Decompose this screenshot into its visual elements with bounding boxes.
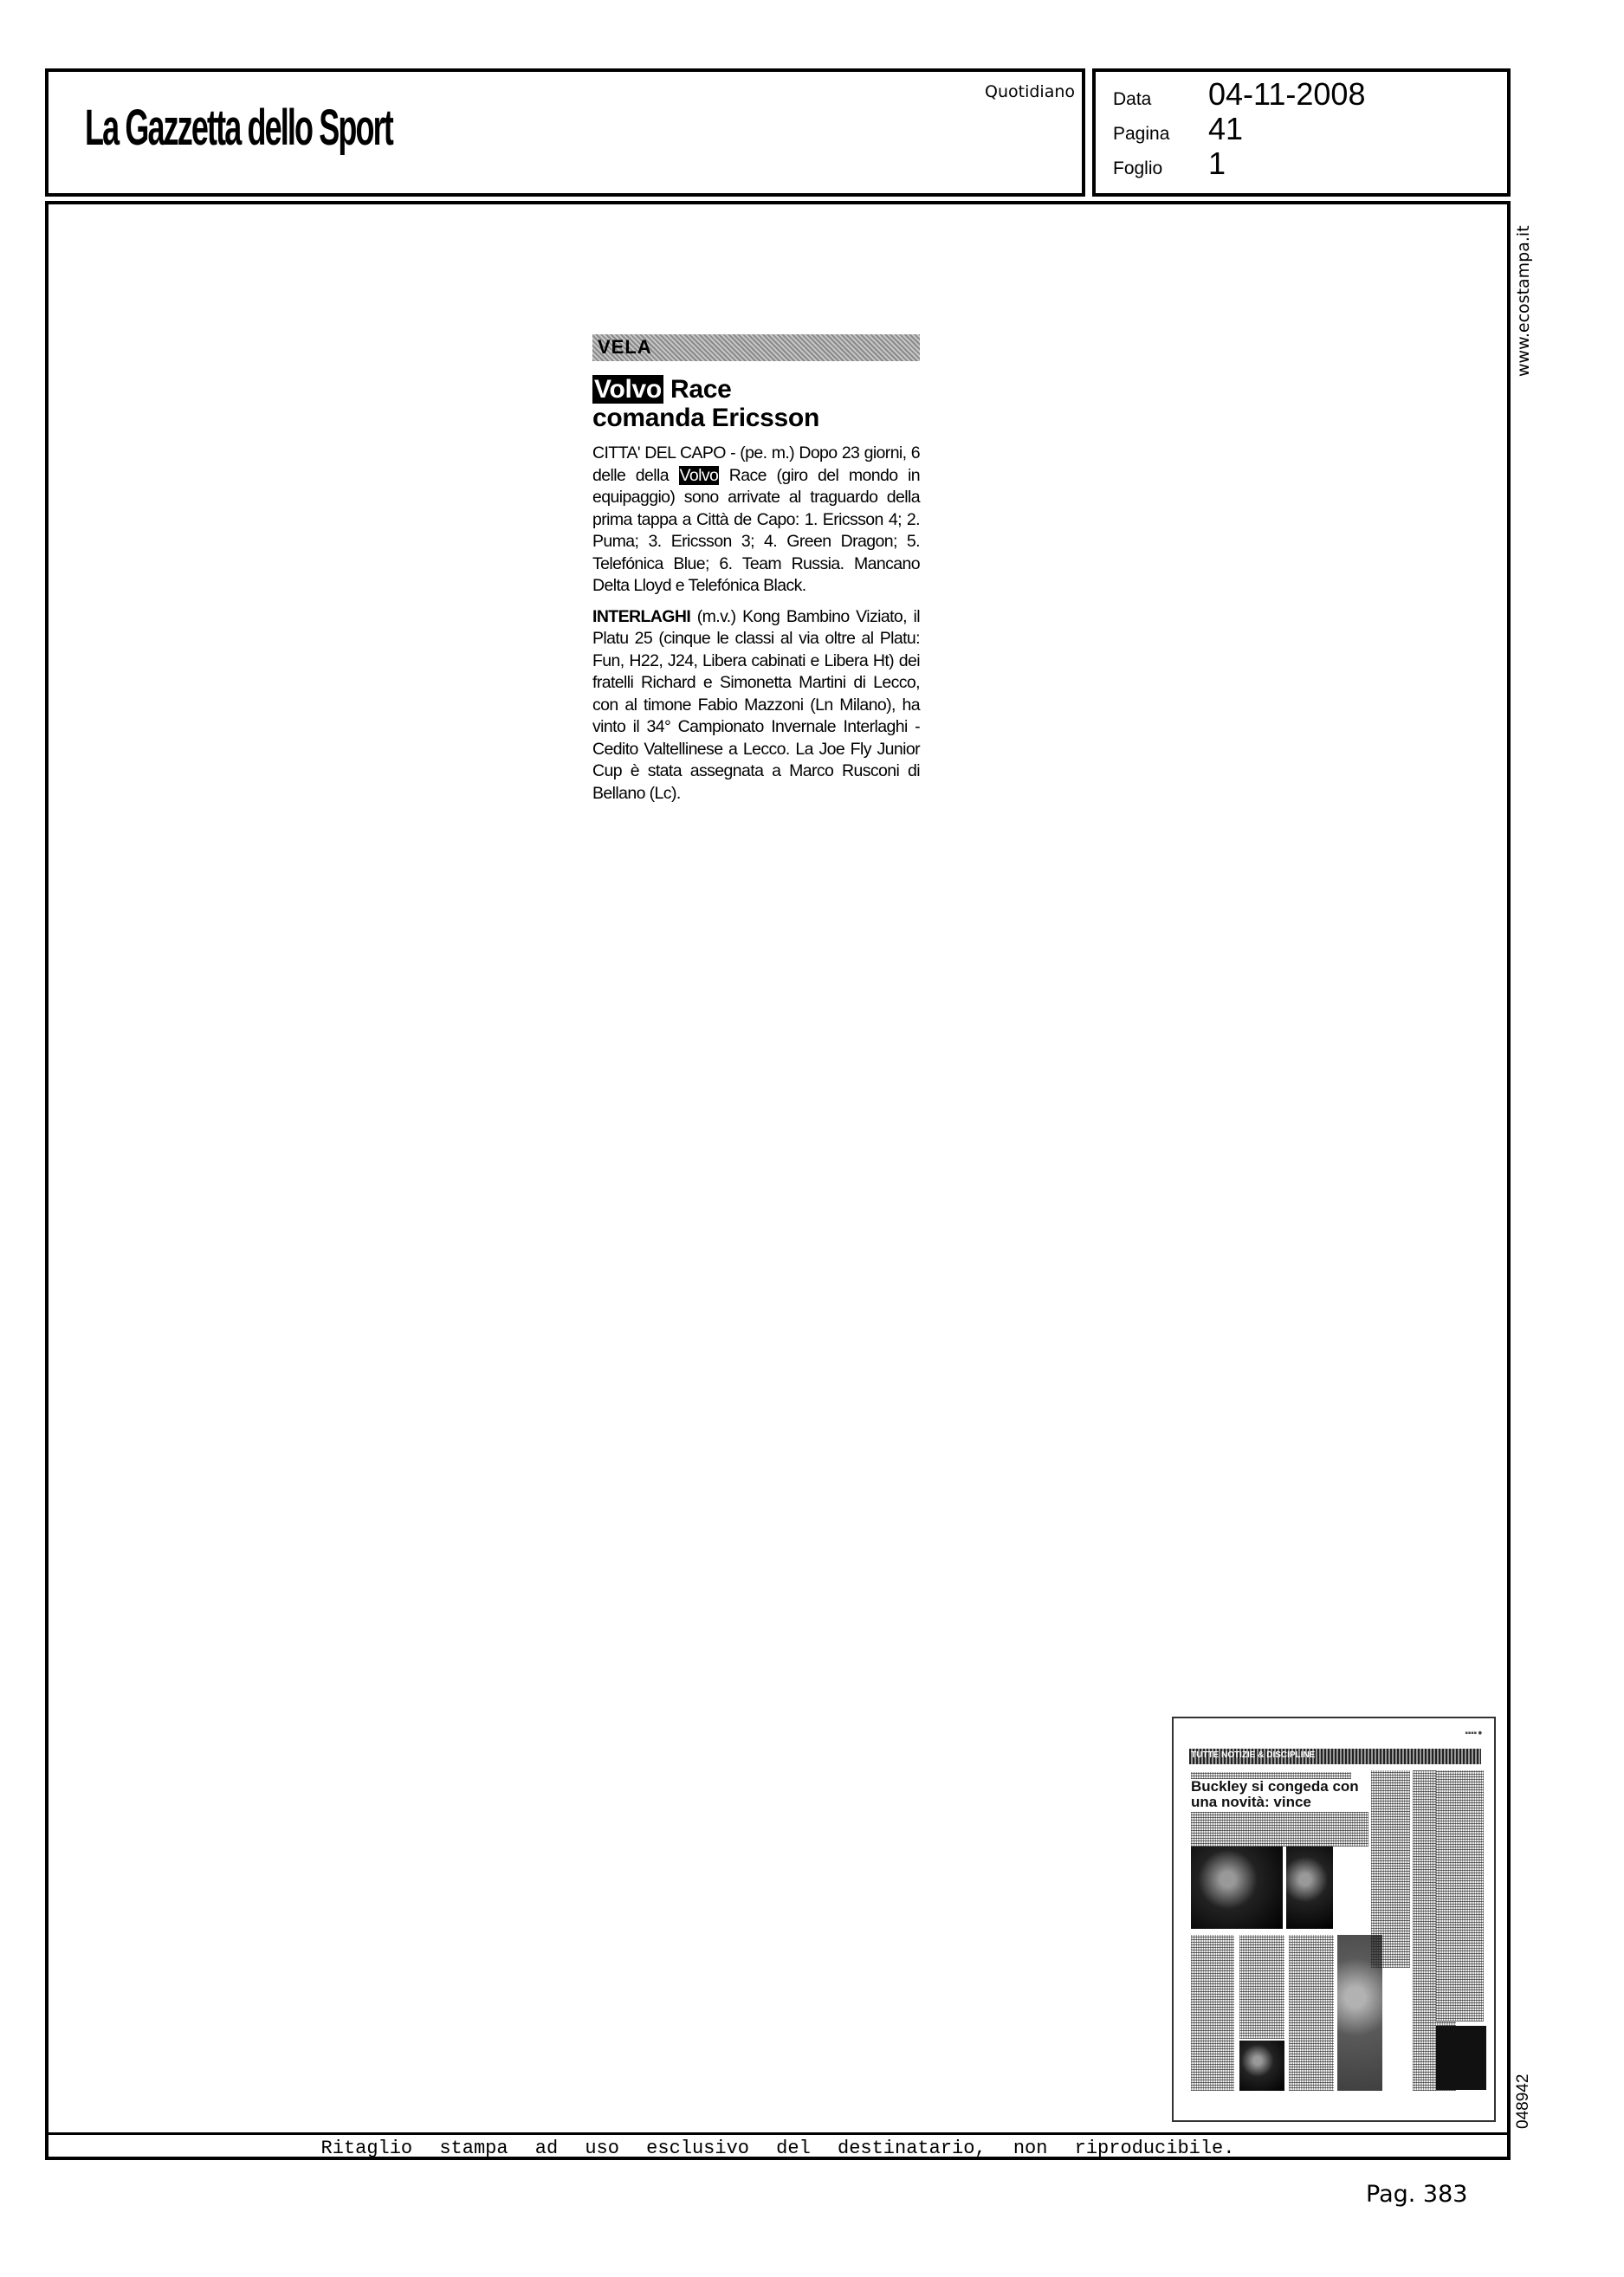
keyword-highlight: Volvo [679,466,720,485]
paragraph-interlaghi: INTERLAGHI (m.v.) Kong Bambino Viziato, … [592,606,920,805]
article: VELA Volvo Race comanda Ericsson CITTA' … [592,334,920,813]
paragraph-volvo: CITTA' DEL CAPO - (pe. m.) Dopo 23 giorn… [592,443,920,598]
article-body: CITTA' DEL CAPO - (pe. m.) Dopo 23 giorn… [592,443,920,805]
section-label: VELA [598,336,652,359]
meta-row-foglio: Foglio 1 [1113,148,1226,179]
article-headline: Volvo Race comanda Ericsson [592,375,920,432]
thumbnail-section-band: TUTTE NOTIZIE & DISCIPLINE [1189,1749,1481,1764]
meta-value-page: 41 [1208,113,1243,145]
meta-row-pagina: Pagina 41 [1113,113,1243,145]
thumbnail-photo [1286,1847,1333,1929]
page-number: Pag. 383 [1366,2181,1467,2208]
masthead-box: La Gazzetta dello Sport Quotidiano [45,68,1085,197]
section-bar: VELA [592,334,920,361]
clipping-code: 048942 [1514,2074,1533,2129]
thumbnail-photo [1337,1935,1382,2091]
meta-row-data: Data 04-11-2008 [1113,79,1365,110]
meta-value-sheet: 1 [1208,148,1226,179]
paragraph-kicker: INTERLAGHI [592,607,690,626]
thumbnail-volvo-box [1436,2026,1486,2090]
headline-line2: comanda Ericsson [592,404,819,432]
headline-highlight: Volvo [592,375,663,404]
footer-notice: Ritaglio stampa ad uso esclusivo del des… [49,2138,1507,2159]
newspaper-logo: La Gazzetta dello Sport [85,103,392,153]
meta-label: Foglio [1113,158,1208,179]
meta-label: Data [1113,89,1208,110]
footer-divider [49,2132,1507,2135]
meta-label: Pagina [1113,124,1208,145]
thumbnail-headline: Buckley si congeda con una novità: vince [1191,1779,1364,1810]
meta-box: Data 04-11-2008 Pagina 41 Foglio 1 [1092,68,1511,197]
clipping-box: VELA Volvo Race comanda Ericsson CITTA' … [45,201,1511,2160]
frequency-label: Quotidiano [985,82,1075,101]
page-thumbnail: ▪▪▪▪ ● TUTTE NOTIZIE & DISCIPLINE Buckle… [1172,1717,1496,2122]
thumbnail-page-header: ▪▪▪▪ ● [1465,1730,1482,1736]
meta-value-date: 04-11-2008 [1208,79,1365,110]
headline-text: Race [663,375,732,404]
thumbnail-photo [1239,2041,1284,2091]
source-url: www.ecostampa.it [1514,225,1533,377]
thumbnail-photo [1191,1847,1283,1929]
